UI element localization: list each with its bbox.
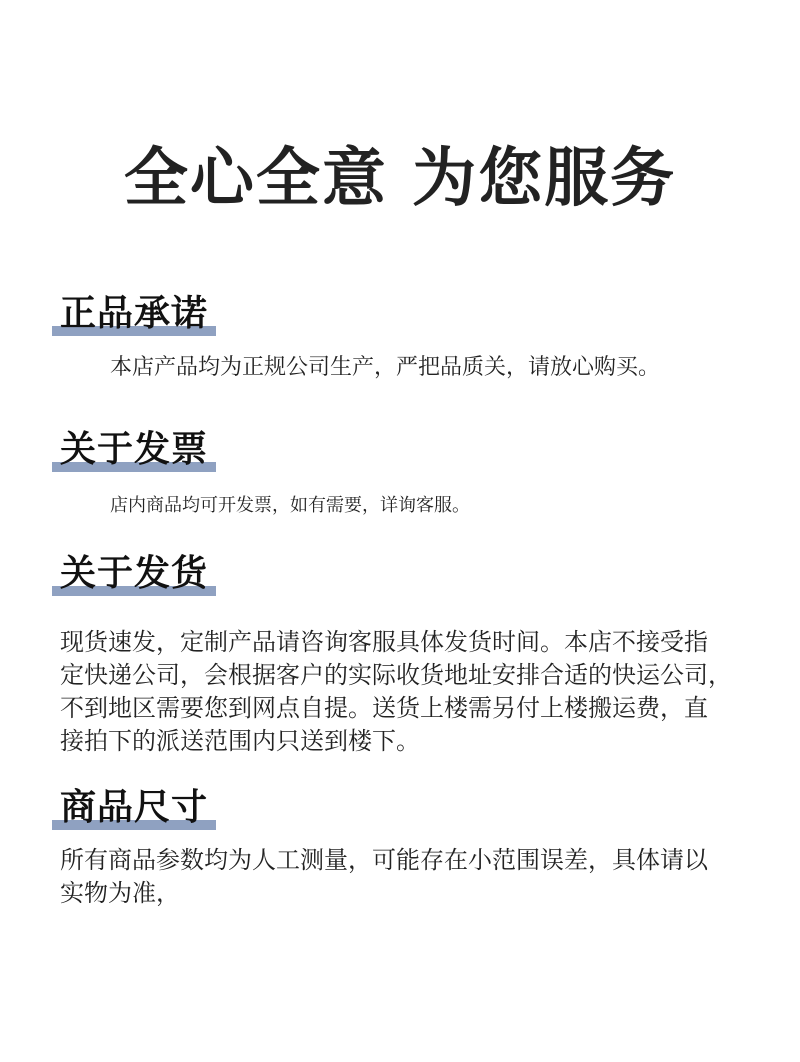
- section-heading-text: 正品承诺: [60, 292, 208, 336]
- body-line: 实物为准，: [60, 877, 708, 910]
- body-line: 现货速发，定制产品请咨询客服具体发货时间。本店不接受指: [60, 626, 732, 659]
- body-line: 接拍下的派送范围内只送到楼下。: [60, 725, 732, 758]
- section-body-shipping: 现货速发，定制产品请咨询客服具体发货时间。本店不接受指 定快递公司，会根据客户的…: [60, 626, 732, 758]
- section-body-size: 所有商品参数均为人工测量，可能存在小范围误差，具体请以 实物为准，: [60, 844, 708, 910]
- section-body-invoice: 店内商品均可开发票，如有需要，详询客服。: [110, 492, 470, 520]
- section-heading-text: 关于发货: [60, 552, 208, 596]
- section-heading-text: 商品尺寸: [60, 786, 208, 830]
- body-line: 不到地区需要您到网点自提。送货上楼需另付上楼搬运费，直: [60, 692, 732, 725]
- page-title: 全心全意 为您服务: [0, 139, 800, 219]
- body-line: 定快递公司，会根据客户的实际收货地址安排合适的快运公司，: [60, 659, 732, 692]
- section-heading-text: 关于发票: [60, 428, 208, 472]
- section-body-genuine: 本店产品均为正规公司生产，严把品质关，请放心购买。: [110, 352, 660, 384]
- body-line: 所有商品参数均为人工测量，可能存在小范围误差，具体请以: [60, 844, 708, 877]
